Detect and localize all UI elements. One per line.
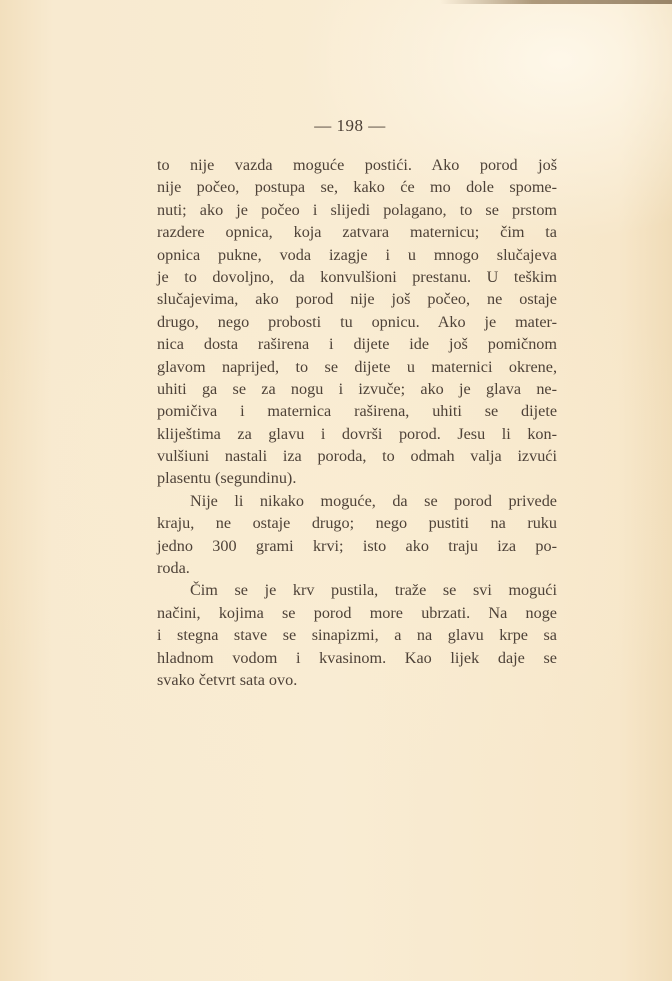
text-line: kliještima za glavu i dovrši porod. Jesu… xyxy=(157,423,557,445)
text-line: slučajevima, ako porod nije još počeo, n… xyxy=(157,288,557,310)
text-line: i stegna stave se sinapizmi, a na glavu … xyxy=(157,624,557,646)
text-line: vulšiuni nastali iza poroda, to odmah va… xyxy=(157,445,557,467)
text-line: pomičiva i maternica raširena, uhiti se … xyxy=(157,400,557,422)
text-line-paragraph-start: Čim se je krv pustila, traže se svi mogu… xyxy=(157,579,557,601)
text-line-paragraph-start: Nije li nikako moguće, da se porod prive… xyxy=(157,490,557,512)
text-line: nije počeo, postupa se, kako će mo dole … xyxy=(157,176,557,198)
text-line: načini, kojima se porod more ubrzati. Na… xyxy=(157,602,557,624)
text-line: nica dosta raširena i dijete ide još pom… xyxy=(157,333,557,355)
text-line: drugo, nego probosti tu opnicu. Ako je m… xyxy=(157,311,557,333)
page-edge-shadow xyxy=(440,0,672,4)
text-line: hladnom vodom i kvasinom. Kao lijek daje… xyxy=(157,647,557,669)
text-line: uhiti ga se za nogu i izvuče; ako je gla… xyxy=(157,378,557,400)
text-line: glavom naprijed, to se dijete u maternic… xyxy=(157,356,557,378)
text-line-paragraph-end: roda. xyxy=(157,557,557,579)
text-line: opnica pukne, voda izagje i u mnogo sluč… xyxy=(157,244,557,266)
text-line-paragraph-end: plasentu (segundinu). xyxy=(157,467,557,489)
text-line: je to dovoljno, da konvulšioni prestanu.… xyxy=(157,266,557,288)
page-number: — 198 — xyxy=(0,116,672,136)
text-line: jedno 300 grami krvi; isto ako traju iza… xyxy=(157,535,557,557)
text-line: to nije vazda moguće postići. Ako porod … xyxy=(157,154,557,176)
text-line: kraju, ne ostaje drugo; nego pustiti na … xyxy=(157,512,557,534)
text-line: nuti; ako je počeo i slijedi polagano, t… xyxy=(157,199,557,221)
book-page: — 198 — to nije vazda moguće postići. Ak… xyxy=(0,0,672,981)
body-text: to nije vazda moguće postići. Ako porod … xyxy=(157,154,557,691)
text-line-paragraph-end: svako četvrt sata ovo. xyxy=(157,669,557,691)
text-line: razdere opnica, koja zatvara maternicu; … xyxy=(157,221,557,243)
